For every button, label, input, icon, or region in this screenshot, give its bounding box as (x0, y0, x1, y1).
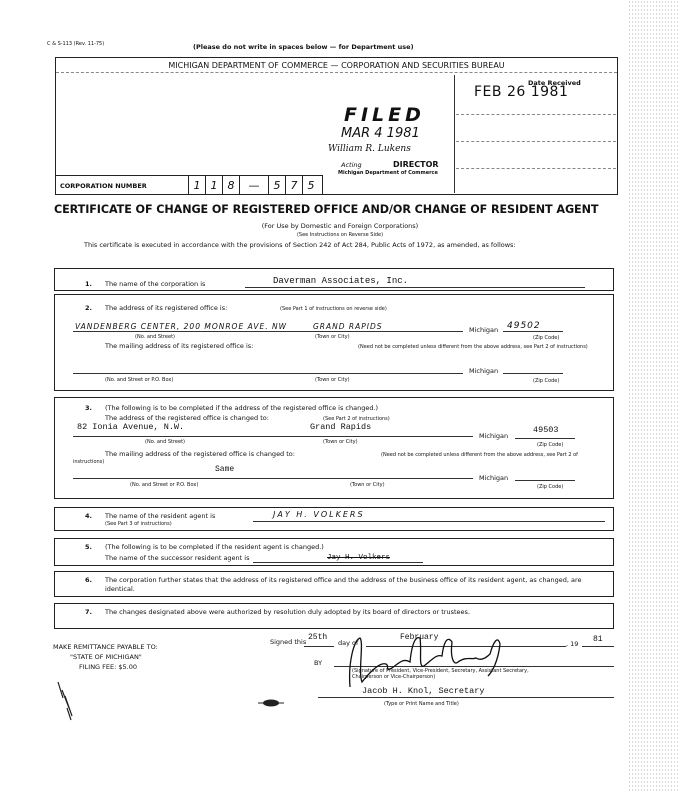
corporation-name-field[interactable]: Daverman Associates, Inc. (273, 276, 408, 286)
instructions-note: (See Instructions on Reverse Side) (0, 232, 680, 238)
by-label: BY (314, 659, 322, 667)
successor-agent-label: The name of the successor resident agent… (105, 554, 249, 562)
registered-city-field[interactable]: GRAND RAPIDS (313, 322, 383, 331)
corporation-number-label: CORPORATION NUMBER (60, 182, 147, 190)
date-received-stamp: FEB 26 1981 (474, 84, 568, 100)
zip-caption: (Zip Code) (533, 335, 559, 341)
section-6: 6. The corporation further states that t… (54, 571, 614, 597)
corp-digit: 1 (205, 176, 222, 195)
remittance-line-2: "STATE OF MICHIGAN" (70, 653, 142, 661)
filed-stamp-director: DIRECTOR (393, 160, 439, 169)
city-caption: (Town or City) (315, 377, 350, 383)
section-5-label: (The following is to be completed if the… (105, 543, 324, 551)
section-3-label: (The following is to be completed if the… (105, 404, 378, 412)
divider (56, 72, 617, 73)
printed-name-caption: (Type or Print Name and Title) (384, 701, 459, 707)
certificate-subtitle: (For Use by Domestic and Foreign Corpora… (0, 222, 680, 230)
mailing-zip-line[interactable] (515, 480, 575, 481)
registered-street-field[interactable]: VANDENBERG CENTER, 200 MONROE AVE. NW (75, 322, 287, 331)
registered-zip-field[interactable]: 49502 (507, 321, 541, 331)
street-caption: (No. and Street or P.O. Box) (105, 377, 173, 383)
state-label: Michigan (469, 326, 498, 334)
section-1-label: The name of the corporation is (105, 280, 205, 288)
filed-stamp-department: Michigan Department of Commerce (338, 170, 438, 176)
divider (456, 168, 616, 169)
mailing-address-line (73, 478, 473, 479)
printed-name-field[interactable]: Jacob H. Knol, Secretary (362, 686, 484, 696)
bureau-title: MICHIGAN DEPARTMENT OF COMMERCE — CORPOR… (56, 61, 617, 70)
section-1: 1. The name of the corporation is Daverm… (54, 268, 614, 291)
changed-mailing-note: (Need not be completed unless different … (73, 452, 595, 466)
section-2-note: (See Part 1 of instructions on reverse s… (280, 306, 387, 312)
zip-line (515, 438, 575, 439)
handwritten-signature-icon (340, 632, 530, 694)
successor-agent-field[interactable]: Jay H. Volkers (327, 554, 390, 562)
divider (454, 75, 456, 193)
corp-digit: 5 (302, 176, 319, 195)
section-number: 7. (85, 608, 92, 616)
remittance-line-1: MAKE REMITTANCE PAYABLE TO: (53, 643, 158, 651)
corporation-name-line (245, 287, 585, 288)
divider (456, 114, 616, 115)
corp-digit: 7 (285, 176, 302, 195)
section-5: 5. (The following is to be completed if … (54, 538, 614, 566)
year-line (582, 646, 614, 647)
street-caption: (No. and Street or P.O. Box) (130, 482, 198, 488)
mailing-zip-line[interactable] (503, 373, 563, 374)
section-7: 7. The changes designated above were aut… (54, 603, 614, 629)
corp-digit: 5 (268, 176, 285, 195)
section-2-label: The address of its registered office is: (105, 304, 227, 312)
corp-digit: 8 (222, 176, 239, 195)
section-6-text: The corporation further states that the … (105, 576, 595, 593)
zip-caption: (Zip Code) (533, 378, 559, 384)
filed-stamp-signature: William R. Lukens (328, 144, 411, 154)
section-4-label: The name of the resident agent is (105, 512, 215, 520)
dept-use-note: (Please do not write in spaces below — f… (193, 43, 414, 51)
punch-hole-mark-icon (258, 698, 284, 708)
corporation-number-digits: 1 1 8 — 5 7 5 (188, 176, 319, 195)
address-line (73, 436, 473, 437)
signature-caption: (Signature of President, Vice-President,… (352, 668, 542, 680)
zip-line (503, 331, 563, 332)
street-caption: (No. and Street) (145, 439, 185, 445)
zip-caption: (Zip Code) (537, 442, 563, 448)
section-number: 6. (85, 576, 92, 584)
filing-fee: FILING FEE: $5.00 (79, 663, 137, 671)
section-4-note: (See Part 3 of instructions) (105, 521, 172, 527)
zip-caption: (Zip Code) (537, 484, 563, 490)
new-zip-field[interactable]: 49503 (533, 425, 559, 435)
form-code: C & S-113 (Rev. 11-75) (47, 41, 104, 47)
section-3: 3. (The following is to be completed if … (54, 397, 614, 499)
section-number: 4. (85, 512, 92, 520)
filed-stamp-date: MAR 4 1981 (341, 126, 420, 141)
state-label: Michigan (479, 432, 508, 440)
filed-stamp-title: FILED (344, 104, 425, 126)
section-4: 4. The name of the resident agent is (Se… (54, 507, 614, 531)
year-prefix: , 19 (566, 640, 578, 648)
state-label: Michigan (469, 367, 498, 375)
city-caption: (Town or City) (350, 482, 385, 488)
corp-digit-dash: — (239, 176, 268, 195)
mailing-note: (Need not be completed unless different … (73, 344, 593, 351)
scan-noise (628, 0, 680, 793)
street-caption: (No. and Street) (135, 334, 175, 340)
new-street-field[interactable]: 82 Ionia Avenue, N.W. (77, 422, 184, 432)
department-use-box: MICHIGAN DEPARTMENT OF COMMERCE — CORPOR… (55, 57, 618, 195)
section-number: 5. (85, 543, 92, 551)
signed-this-label: Signed this (270, 638, 306, 646)
section-7-text: The changes designated above were author… (105, 608, 600, 617)
new-city-field[interactable]: Grand Rapids (310, 422, 371, 432)
year-field[interactable]: 81 (593, 635, 603, 644)
changed-mailing-field[interactable]: Same (215, 465, 234, 474)
corp-digit: 1 (188, 176, 205, 195)
section-2: 2. The address of its registered office … (54, 294, 614, 391)
corporation-number-row: CORPORATION NUMBER 1 1 8 — 5 7 5 (55, 175, 323, 195)
day-field[interactable]: 25th (308, 633, 327, 642)
city-caption: (Town or City) (315, 334, 350, 340)
successor-agent-line (253, 562, 423, 563)
section-number: 1. (85, 280, 92, 288)
certificate-title: CERTIFICATE OF CHANGE OF REGISTERED OFFI… (54, 203, 598, 216)
changed-address-label: The address of the registered office is … (105, 414, 269, 422)
address-line (73, 331, 463, 332)
filed-stamp-acting: Acting (341, 161, 362, 169)
margin-mark-icon (55, 680, 77, 722)
resident-agent-field[interactable]: JAY H. VOLKERS (273, 510, 365, 519)
city-caption: (Town or City) (323, 439, 358, 445)
state-label: Michigan (479, 474, 508, 482)
mailing-address-line[interactable] (73, 373, 463, 374)
section-number: 3. (85, 404, 92, 412)
day-line (304, 646, 334, 647)
intro-text: This certificate is executed in accordan… (62, 241, 602, 249)
resident-agent-line (253, 521, 605, 522)
divider (456, 141, 616, 142)
section-number: 2. (85, 304, 92, 312)
printed-name-line (318, 697, 614, 698)
